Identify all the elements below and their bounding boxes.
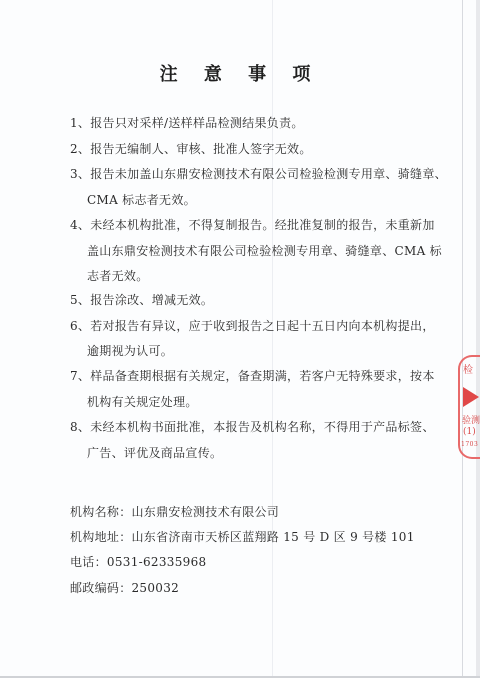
seal-stamp: 检 验测 (1) 1703 bbox=[458, 355, 480, 459]
stamp-text-mid: 验测 bbox=[462, 413, 480, 426]
org-postcode: 邮政编码：250032 bbox=[70, 580, 179, 596]
org-address: 机构地址：山东省济南市天桥区蓝翔路 15 号 D 区 9 号楼 101 bbox=[70, 529, 415, 545]
page-title: 注 意 事 项 bbox=[0, 60, 480, 86]
notice-item-2: 2、报告无编制人、审核、批准人签字无效。 bbox=[70, 141, 312, 157]
notice-item-3-cont: CMA 标志者无效。 bbox=[87, 192, 196, 208]
stamp-text-num: (1) bbox=[463, 427, 476, 437]
stamp-text-code: 1703 bbox=[461, 441, 478, 448]
scan-edge-line bbox=[462, 0, 463, 678]
stamp-star-icon bbox=[463, 387, 479, 407]
org-name: 机构名称：山东鼎安检测技术有限公司 bbox=[70, 504, 279, 520]
notice-item-1: 1、报告只对采样/送样样品检测结果负责。 bbox=[70, 115, 304, 131]
scan-fold-line bbox=[272, 0, 273, 678]
notice-item-6: 6、若对报告有异议，应于收到报告之日起十五日内向本机构提出， bbox=[70, 318, 435, 334]
org-phone: 电话：0531-62335968 bbox=[70, 554, 206, 570]
notice-item-6-cont: 逾期视为认可。 bbox=[87, 343, 173, 359]
notice-item-5: 5、报告涂改、增减无效。 bbox=[70, 292, 213, 308]
notice-item-7-cont: 机构有关规定处理。 bbox=[87, 394, 198, 410]
notice-item-4: 4、未经本机构批准，不得复制报告。经批准复制的报告，未重新加 bbox=[70, 217, 435, 233]
notice-item-7: 7、样品备查期根据有关规定，备查期满，若客户无特殊要求，按本 bbox=[70, 368, 435, 384]
document-page: 注 意 事 项 1、报告只对采样/送样样品检测结果负责。 2、报告无编制人、审核… bbox=[0, 0, 480, 678]
notice-item-4-cont2: 志者无效。 bbox=[87, 268, 149, 284]
notice-item-8-cont: 广告、评优及商品宣传。 bbox=[87, 445, 222, 461]
stamp-text-top: 检 bbox=[463, 361, 473, 376]
notice-item-4-cont1: 盖山东鼎安检测技术有限公司检验检测专用章、骑缝章、CMA 标 bbox=[87, 243, 442, 259]
scan-right-edge bbox=[476, 0, 480, 678]
notice-item-3: 3、报告未加盖山东鼎安检测技术有限公司检验检测专用章、骑缝章、 bbox=[70, 166, 447, 182]
notice-item-8: 8、未经本机构书面批准，本报告及机构名称，不得用于产品标签、 bbox=[70, 419, 435, 435]
